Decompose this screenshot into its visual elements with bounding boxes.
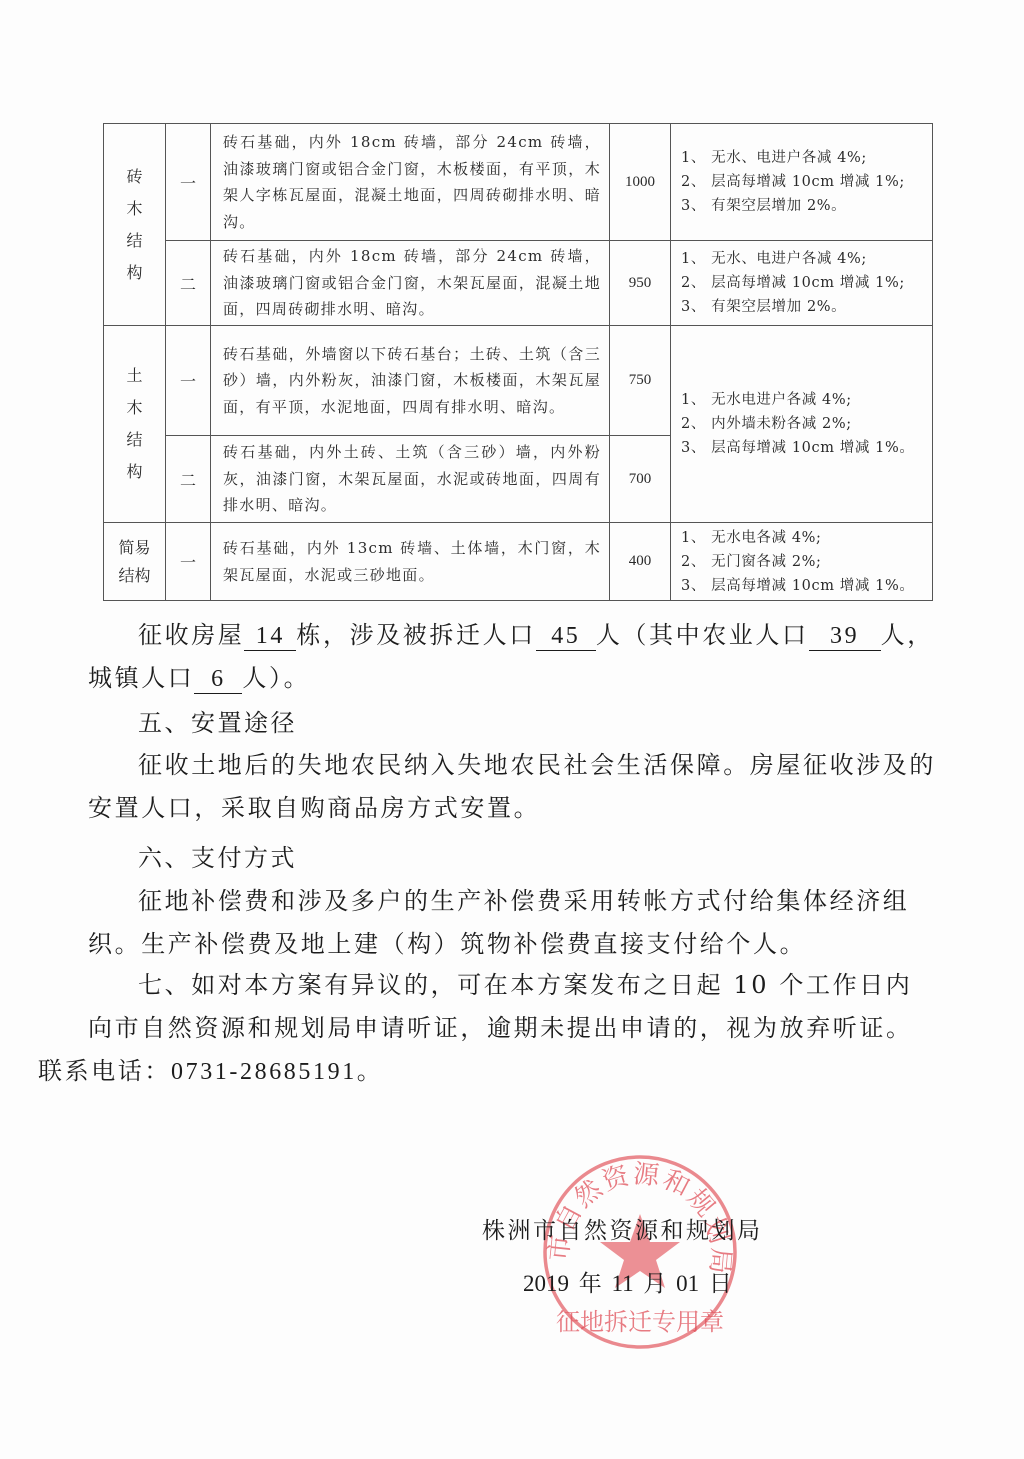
table-row: 土 木 结 构 一 砖石基础，外墙窗以下砖石基台；土砖、土筑（含三砂）墙，内外粉… (104, 326, 933, 436)
payment-text: 征地补偿费和涉及多户的生产补偿费采用转帐方式付给集体经济组织。生产补偿费及地上建… (88, 880, 938, 966)
structure-type-cell: 土 木 结 构 (104, 326, 166, 523)
people-count: 45 (536, 622, 596, 651)
official-seal-stamp: 市自然资源和规划局 征地拆迁专用章 (540, 1152, 740, 1352)
issue-date: 2019 年 11 月 01 日 (523, 1265, 732, 1298)
description-cell: 砖石基础，外墙窗以下砖石基台；土砖、土筑（含三砂）墙，内外粉灰，油漆门窗，木板楼… (211, 326, 610, 436)
building-compensation-table: 砖 木 结 构 一 砖石基础，内外 18cm 砖墙，部分 24cm 砖墙，油漆玻… (103, 123, 933, 601)
resettlement-text: 征收土地后的失地农民纳入失地农民社会生活保障。房屋征收涉及的安置人口，采取自购商… (88, 744, 938, 830)
grade-cell: 一 (166, 124, 211, 241)
section-heading-payment: 六、支付方式 (138, 838, 297, 873)
description-cell: 砖石基础，内外 18cm 砖墙，部分 24cm 砖墙，油漆玻璃门窗或铝合金门窗，… (211, 124, 610, 241)
grade-cell: 二 (166, 241, 211, 326)
adjustment-cell: 1、 无水电各减 4%; 2、 无门窗各减 2%; 3、 层高每增减 10cm … (671, 523, 933, 601)
table-row: 二 砖石基础，内外 18cm 砖墙，部分 24cm 砖墙，油漆玻璃门窗或铝合金门… (104, 241, 933, 326)
grade-cell: 一 (166, 326, 211, 436)
grade-cell: 一 (166, 523, 211, 601)
adjustment-cell: 1、 无水电进户各减 4%; 2、 内外墙未粉各减 2%; 3、 层高每增减 1… (671, 326, 933, 523)
description-cell: 砖石基础，内外 13cm 砖墙、土体墙，木门窗，木架瓦屋面，水泥或三砂地面。 (211, 523, 610, 601)
document-page: 砖 木 结 构 一 砖石基础，内外 18cm 砖墙，部分 24cm 砖墙，油漆玻… (0, 0, 1024, 1459)
urban-count: 6 (194, 665, 242, 694)
contact-phone: 0731-28685191 (171, 1059, 357, 1085)
objection-text: 七、如对本方案有异议的，可在本方案发布之日起 10 个工作日内向市自然资源和规划… (88, 964, 938, 1094)
section-heading-resettlement: 五、安置途径 (138, 703, 297, 738)
description-cell: 砖石基础，内外土砖、土筑（含三砂）墙，内外粉灰，油漆门窗，木架瓦屋面，水泥或砖地… (211, 436, 610, 523)
adjustment-cell: 1、 无水、电进户各减 4%; 2、 层高每增减 10cm 增减 1%; 3、 … (671, 241, 933, 326)
structure-type-cell: 砖 木 结 构 (104, 124, 166, 326)
price-cell: 950 (610, 241, 671, 326)
grade-cell: 二 (166, 436, 211, 523)
description-cell: 砖石基础，内外 18cm 砖墙，部分 24cm 砖墙，油漆玻璃门窗或铝合金门窗，… (211, 241, 610, 326)
demolition-summary: 征收房屋14栋，涉及被拆迁人口45人（其中农业人口39人，城镇人口6人）。 (88, 614, 938, 700)
houses-count: 14 (244, 622, 296, 651)
issuing-organization: 株洲市自然资源和规划局 (482, 1212, 763, 1245)
price-cell: 400 (610, 523, 671, 601)
price-cell: 1000 (610, 124, 671, 241)
structure-type-cell: 简易 结构 (104, 523, 166, 601)
table-row: 砖 木 结 构 一 砖石基础，内外 18cm 砖墙，部分 24cm 砖墙，油漆玻… (104, 124, 933, 241)
svg-text:征地拆迁专用章: 征地拆迁专用章 (556, 1308, 724, 1336)
table-row: 简易 结构 一 砖石基础，内外 13cm 砖墙、土体墙，木门窗，木架瓦屋面，水泥… (104, 523, 933, 601)
price-cell: 750 (610, 326, 671, 436)
agricultural-count: 39 (809, 622, 881, 651)
price-cell: 700 (610, 436, 671, 523)
adjustment-cell: 1、 无水、电进户各减 4%; 2、 层高每增减 10cm 增减 1%; 3、 … (671, 124, 933, 241)
